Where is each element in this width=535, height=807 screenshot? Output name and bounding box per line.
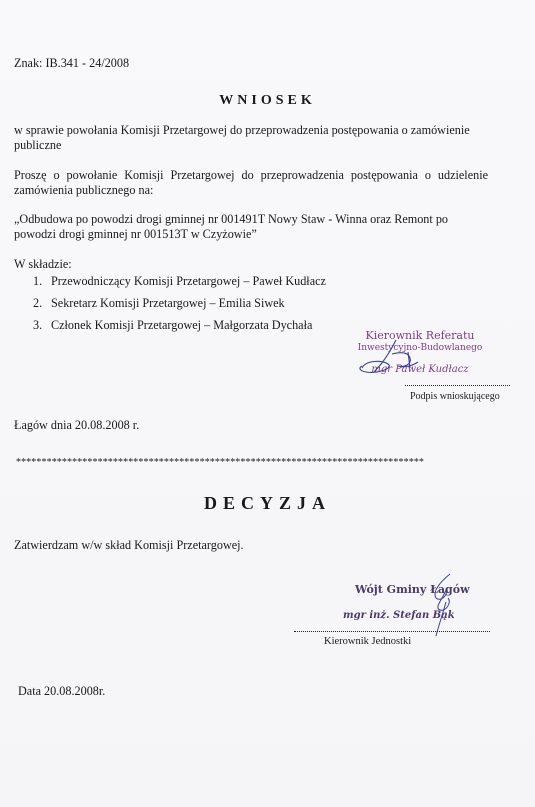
request-title: WNIOSEK xyxy=(0,93,535,109)
place-date: Łagów dnia 20.08.2008 r. xyxy=(14,418,139,432)
member-number: 1. xyxy=(33,274,42,288)
handwritten-signature-icon xyxy=(352,338,432,380)
applicant-signature-line xyxy=(405,385,510,386)
member-number: 3. xyxy=(33,318,42,332)
project-title-line1: „Odbudowa po powodzi drogi gminnej nr 00… xyxy=(14,212,448,226)
decision-text: Zatwierdzam w/w skład Komisji Przetargow… xyxy=(14,538,244,552)
member-item: Członek Komisji Przetargowej – Małgorzat… xyxy=(51,318,312,332)
applicant-signature-caption: Podpis wnioskującego xyxy=(410,390,500,404)
decision-signature-line xyxy=(294,631,490,632)
member-number: 2. xyxy=(33,296,42,310)
document-reference: Znak: IB.341 - 24/2008 xyxy=(14,56,129,70)
decision-title: DECYZJA xyxy=(0,493,535,514)
request-subject-line1: w sprawie powołania Komisji Przetargowej… xyxy=(14,123,470,137)
scanned-document-page: Znak: IB.341 - 24/2008 WNIOSEK w sprawie… xyxy=(0,0,535,807)
handwritten-signature-icon xyxy=(410,572,470,638)
project-title-line2: powodzi drogi gminnej nr 001513T w Czyżo… xyxy=(14,227,257,241)
member-item: Przewodniczący Komisji Przetargowej – Pa… xyxy=(51,274,326,288)
member-item: Sekretarz Komisji Przetargowej – Emilia … xyxy=(51,296,285,310)
section-separator: ****************************************… xyxy=(16,456,424,470)
composition-label: W składzie: xyxy=(14,257,72,271)
decision-signature-caption: Kierownik Jednostki xyxy=(324,635,411,649)
decision-date: Data 20.08.2008r. xyxy=(18,684,105,698)
request-body-line1: Proszę o powołanie Komisji Przetargowej … xyxy=(14,168,488,182)
request-body-line2: zamówienia publicznego na: xyxy=(14,183,153,197)
request-subject-line2: publiczne xyxy=(14,138,61,152)
